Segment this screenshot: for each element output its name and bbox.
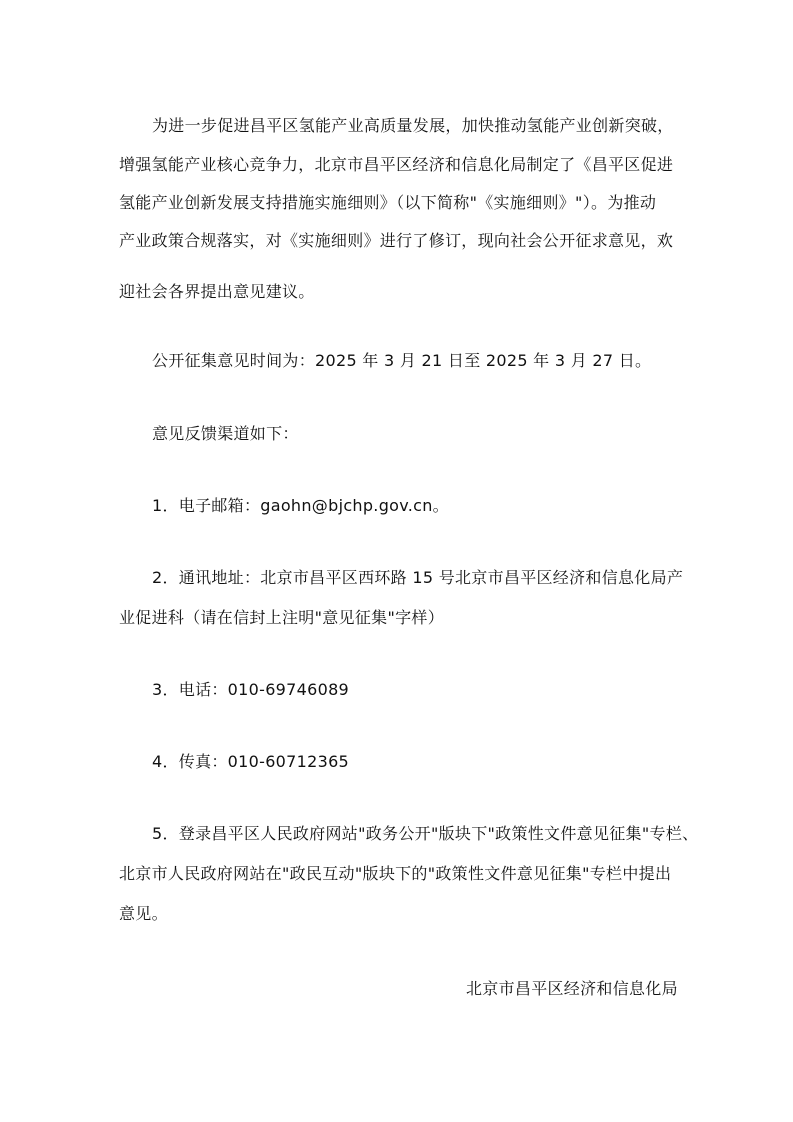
channel-website-cont: 意见。 — [119, 904, 168, 924]
channel-fax: 4．传真：010-60712365 — [152, 752, 349, 772]
channel-email: 1．电子邮箱：gaohn@bjchp.gov.cn。 — [152, 496, 449, 516]
channel-website: 5．登录昌平区人民政府网站"政务公开"版块下"政策性文件意见征集"专栏、 — [152, 824, 698, 844]
channels-heading: 意见反馈渠道如下： — [152, 424, 299, 444]
channel-address: 2．通讯地址：北京市昌平区西环路 15 号北京市昌平区经济和信息化局产 — [152, 568, 683, 588]
channel-phone: 3．电话：010-69746089 — [152, 680, 349, 700]
intro-line: 氢能产业创新发展支持措施实施细则》（以下简称"《实施细则》"）。为推动 — [119, 193, 656, 213]
document-page: 为进一步促进昌平区氢能产业高质量发展，加快推动氢能产业创新突破， 增强氢能产业核… — [0, 0, 793, 1122]
intro-line: 增强氢能产业核心竞争力，北京市昌平区经济和信息化局制定了《昌平区促进 — [119, 155, 673, 175]
channel-website-cont: 北京市人民政府网站在"政民互动"版块下的"政策性文件意见征集"专栏中提出 — [119, 864, 671, 884]
signature-org: 北京市昌平区经济和信息化局 — [466, 979, 678, 999]
intro-line: 迎社会各界提出意见建议。 — [119, 282, 315, 302]
intro-line: 产业政策合规落实，对《实施细则》进行了修订，现向社会公开征求意见，欢 — [119, 231, 673, 251]
comment-period: 公开征集意见时间为：2025 年 3 月 21 日至 2025 年 3 月 27… — [152, 351, 651, 371]
channel-address-cont: 业促进科（请在信封上注明"意见征集"字样） — [119, 608, 444, 628]
intro-line: 为进一步促进昌平区氢能产业高质量发展，加快推动氢能产业创新突破， — [152, 116, 674, 136]
